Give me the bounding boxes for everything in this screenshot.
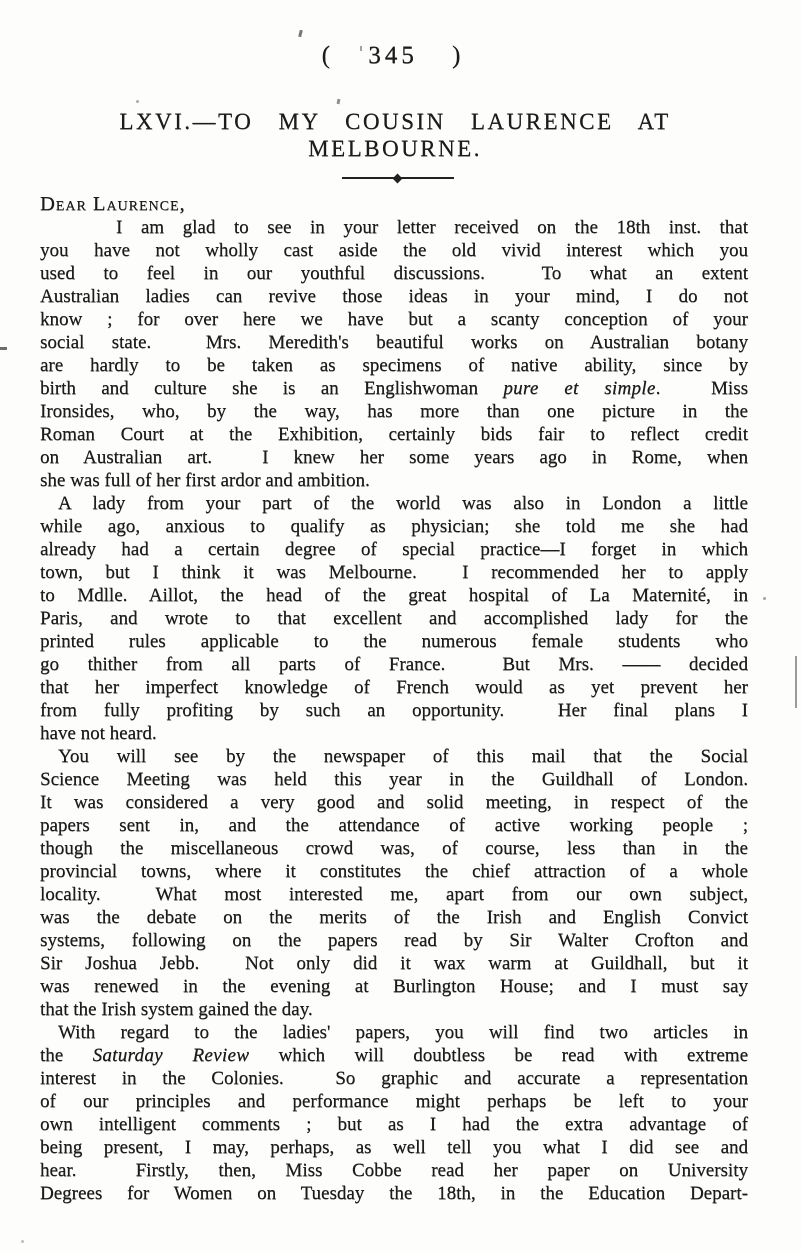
text-line: own intelligent comments ; but as I had … — [40, 1113, 748, 1136]
text-line: while ago, anxious to qualify as physici… — [40, 515, 748, 538]
scan-speck — [763, 597, 766, 600]
text-line: of our principles and performance might … — [40, 1090, 748, 1113]
letter-title-line2: MELBOURNE. — [45, 135, 745, 162]
text-line: was the debate on the merits of the Iris… — [40, 906, 748, 929]
salutation: Dear Laurence, — [40, 192, 748, 216]
scan-speck — [337, 99, 341, 104]
text-line: printed rules applicable to the numerous… — [40, 630, 748, 653]
text-line: are hardly to be taken as specimens of n… — [40, 354, 748, 377]
text-line: go thither from all parts of France. But… — [40, 653, 748, 676]
scan-edge-dash — [0, 347, 7, 350]
text-line: systems, following on the papers read by… — [40, 929, 748, 952]
scan-speck — [360, 46, 362, 51]
text-line: interest in the Colonies. So graphic and… — [40, 1067, 748, 1090]
paragraph: A lady from your part of the world was a… — [40, 492, 748, 745]
text-line: A lady from your part of the world was a… — [40, 492, 748, 515]
text-line: Sir Joshua Jebb. Not only did it wax war… — [40, 952, 748, 975]
text-line: Australian ladies can revive those ideas… — [40, 285, 748, 308]
text-line: know ; for over here we have but a scant… — [40, 308, 748, 331]
scan-speck — [21, 1240, 24, 1243]
text-line: from fully profiting by such an opportun… — [40, 699, 748, 722]
text-line: provincial towns, where it constitutes t… — [40, 860, 748, 883]
paragraph: With regard to the ladies' papers, you w… — [40, 1021, 748, 1205]
rule-diamond-ornament — [393, 173, 403, 183]
text-line: You will see by the newspaper of this ma… — [40, 745, 748, 768]
letter-title: LXVI.—TO MY COUSIN LAURENCE AT MELBOURNE… — [45, 108, 745, 162]
text-line: being present, I may, perhaps, as well t… — [40, 1136, 748, 1159]
page-number: ( 345 ) — [0, 42, 786, 70]
text-line: I am glad to see in your letter received… — [40, 216, 748, 239]
text-line: With regard to the ladies' papers, you w… — [40, 1021, 748, 1044]
text-line: social state. Mrs. Meredith's beautiful … — [40, 331, 748, 354]
text-line: Science Meeting was held this year in th… — [40, 768, 748, 791]
text-line: It was considered a very good and solid … — [40, 791, 748, 814]
text-line: Ironsides, who, by the way, has more tha… — [40, 400, 748, 423]
text-line: have not heard. — [40, 722, 748, 745]
text-line: though the miscellaneous crowd was, of c… — [40, 837, 748, 860]
scan-speck — [298, 30, 303, 38]
text-line: that the Irish system gained the day. — [40, 998, 748, 1021]
scan-speck — [136, 100, 139, 103]
text-line: town, but I think it was Melbourne. I re… — [40, 561, 748, 584]
text-line: Paris, and wrote to that excellent and a… — [40, 607, 748, 630]
letter-title-line1: LXVI.—TO MY COUSIN LAURENCE AT — [45, 108, 745, 135]
scan-edge-line — [795, 656, 797, 708]
text-line: hear. Firstly, then, Miss Cobbe read her… — [40, 1159, 748, 1182]
scanned-book-page: ( 345 ) LXVI.—TO MY COUSIN LAURENCE AT M… — [0, 0, 801, 1253]
text-line: birth and culture she is an Englishwoman… — [40, 377, 748, 400]
text-line: already had a certain degree of special … — [40, 538, 748, 561]
ornamental-rule — [342, 172, 454, 184]
paragraph: You will see by the newspaper of this ma… — [40, 745, 748, 1021]
text-line: used to feel in our youthful discussions… — [40, 262, 748, 285]
text-line: that her imperfect knowledge of French w… — [40, 676, 748, 699]
text-line: the Saturday Review which will doubtless… — [40, 1044, 748, 1067]
letter-body: Dear Laurence, I am glad to see in your … — [40, 192, 748, 1205]
paragraph: I am glad to see in your letter received… — [40, 216, 748, 492]
text-line: she was full of her first ardor and ambi… — [40, 469, 748, 492]
text-line: Degrees for Women on Tuesday the 18th, i… — [40, 1182, 748, 1205]
text-line: locality. What most interested me, apart… — [40, 883, 748, 906]
text-line: Roman Court at the Exhibition, certainly… — [40, 423, 748, 446]
text-line: on Australian art. I knew her some years… — [40, 446, 748, 469]
text-line: you have not wholly cast aside the old v… — [40, 239, 748, 262]
text-line: to Mdlle. Aillot, the head of the great … — [40, 584, 748, 607]
text-line: papers sent in, and the attendance of ac… — [40, 814, 748, 837]
text-line: was renewed in the evening at Burlington… — [40, 975, 748, 998]
